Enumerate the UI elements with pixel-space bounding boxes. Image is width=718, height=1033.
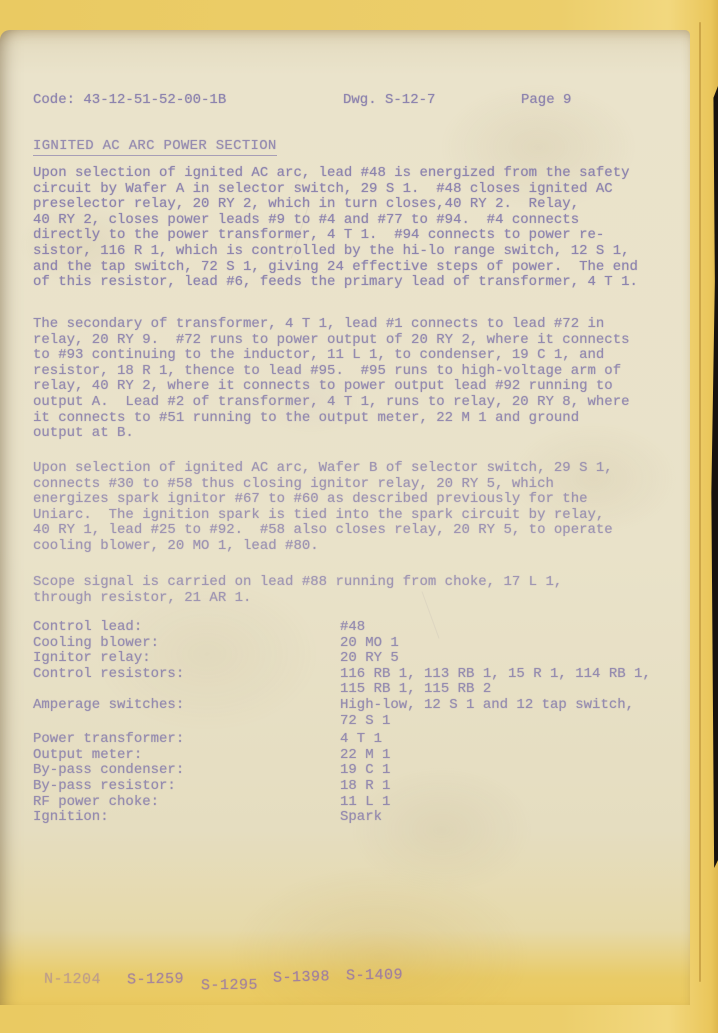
spec-value: Spark [340, 810, 382, 826]
spec-value: #48 [340, 620, 365, 636]
spec-row: Control lead: #48 [33, 620, 673, 636]
spec-label: Ignition: [33, 810, 340, 826]
under-page-seam [699, 22, 701, 982]
spec-label: Power transformer: [33, 732, 340, 748]
spec-row: By-pass resistor: 18 R 1 [33, 779, 673, 795]
scan-edge-shadow [711, 86, 718, 868]
spec-row: Power transformer: 4 T 1 [33, 732, 673, 748]
spec-row: Output meter: 22 M 1 [33, 748, 673, 764]
spec-row: RF power choke: 11 L 1 [33, 795, 673, 811]
spec-label: RF power choke: [33, 795, 340, 811]
drawing-number: Dwg. S-12-7 [343, 92, 435, 108]
spec-label: Control resistors: [33, 667, 340, 683]
spec-row: Control resistors: 116 RB 1, 113 RB 1, 1… [33, 667, 673, 698]
spec-row: Amperage switches: High-low, 12 S 1 and … [33, 698, 673, 729]
spec-list: Control lead: #48 Cooling blower: 20 MO … [33, 620, 673, 826]
page-number: Page 9 [521, 92, 571, 108]
paragraph-1: Upon selection of ignited AC arc, lead #… [33, 166, 638, 291]
spec-value: 18 R 1 [340, 779, 390, 795]
page-header: Code: 43-12-51-52-00-1B Dwg. S-12-7 Page… [33, 92, 653, 108]
spec-label: By-pass resistor: [33, 779, 340, 795]
stamp: S-1398 [273, 968, 330, 986]
spec-value: High-low, 12 S 1 and 12 tap switch, 72 S… [340, 698, 634, 729]
spec-value: 20 RY 5 [340, 651, 399, 667]
section-heading: IGNITED AC ARC POWER SECTION [33, 138, 277, 156]
paragraph-3: Upon selection of ignited AC arc, Wafer … [33, 461, 613, 555]
spec-value: 4 T 1 [340, 732, 382, 748]
spec-label: Control lead: [33, 620, 340, 636]
spec-label: Amperage switches: [33, 698, 340, 714]
spec-label: Ignitor relay: [33, 651, 340, 667]
spec-value: 116 RB 1, 113 RB 1, 15 R 1, 114 RB 1, 11… [340, 667, 651, 698]
spec-row: Ignitor relay: 20 RY 5 [33, 651, 673, 667]
spec-row: Cooling blower: 20 MO 1 [33, 636, 673, 652]
spec-label: Output meter: [33, 748, 340, 764]
spec-value: 11 L 1 [340, 795, 390, 811]
paragraph-2: The secondary of transformer, 4 T 1, lea… [33, 317, 630, 442]
stamp: S-1295 [201, 977, 258, 994]
document-page: Code: 43-12-51-52-00-1B Dwg. S-12-7 Page… [0, 30, 690, 1005]
scanned-document: Code: 43-12-51-52-00-1B Dwg. S-12-7 Page… [0, 0, 718, 1033]
stamp: N-1204 [44, 971, 101, 988]
spec-label: By-pass condenser: [33, 763, 340, 779]
doc-code: Code: 43-12-51-52-00-1B [33, 92, 226, 108]
paragraph-4: Scope signal is carried on lead #88 runn… [33, 575, 562, 606]
spec-value: 19 C 1 [340, 763, 390, 779]
spec-value: 22 M 1 [340, 748, 390, 764]
spec-row: By-pass condenser: 19 C 1 [33, 763, 673, 779]
spec-label: Cooling blower: [33, 636, 340, 652]
spec-row: Ignition: Spark [33, 810, 673, 826]
stamp: S-1409 [346, 967, 403, 985]
stamp: S-1259 [127, 971, 184, 989]
spec-value: 20 MO 1 [340, 636, 399, 652]
footer-stamps: N-1204S-1259S-1295S-1398S-1409 [44, 971, 403, 988]
